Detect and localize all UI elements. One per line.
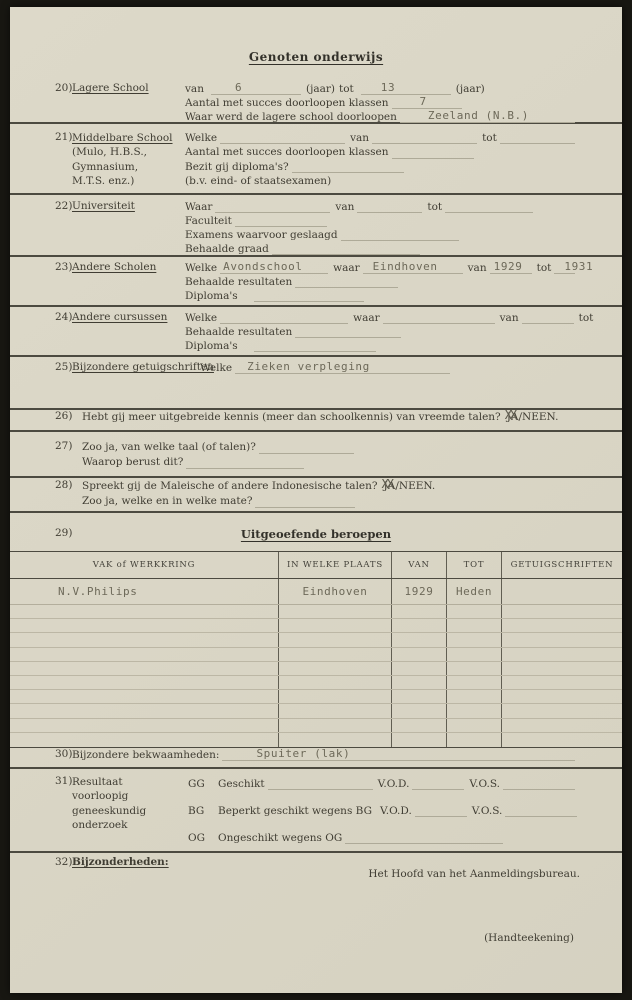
signature-title: Het Hoofd van het Aanmeldingsbureau. bbox=[368, 868, 580, 880]
fill-line: 6 bbox=[211, 83, 301, 95]
form-row: Aantal met succes doorloopen klassen bbox=[185, 145, 580, 159]
form-row: Aantal met succes doorloopen klassen 7 bbox=[185, 96, 580, 110]
section-welke-taal: 27) Zoo ja, van welke taal (of talen)? W… bbox=[10, 440, 622, 470]
form-row: Waarop berust dit? bbox=[82, 455, 580, 470]
item-label: Bijzonderheden: bbox=[72, 856, 169, 868]
form-row: Welke waar van tot bbox=[185, 311, 580, 325]
fill-line bbox=[415, 805, 467, 817]
field-label: van bbox=[500, 311, 519, 325]
form-row: Zoo ja, welke en in welke mate? bbox=[82, 494, 580, 509]
form-row: van 6 (jaar) tot 13 (jaar) bbox=[185, 82, 580, 96]
fill-line bbox=[341, 229, 459, 241]
form-row: Faculteit bbox=[185, 214, 580, 228]
col-header-van: VAN bbox=[392, 552, 447, 578]
gg-text: Geschikt bbox=[218, 778, 265, 791]
field-label: tot bbox=[339, 82, 354, 96]
fill-line: Spuiter (lak) bbox=[222, 749, 575, 761]
field-label: Welke bbox=[185, 311, 217, 325]
form-row: Bijzondere bekwaamheden: Spuiter (lak) bbox=[72, 748, 580, 762]
fill-line: Avondschool bbox=[220, 262, 328, 274]
cell-getuigschriften bbox=[502, 579, 622, 604]
cell-plaats: Eindhoven bbox=[279, 579, 392, 604]
typed-value: 1929 bbox=[494, 260, 523, 274]
field-label: (b.v. eind- of staatsexamen) bbox=[185, 174, 331, 188]
question-text: Zoo ja, van welke taal (of talen)? bbox=[82, 440, 256, 455]
bg-row: BG Beperkt geschikt wegens BG V.O.D. V.O… bbox=[188, 805, 580, 818]
code-bg: BG bbox=[188, 805, 218, 818]
field-label: Behaalde resultaten bbox=[185, 325, 292, 339]
col-header-getuigschriften: GETUIGSCHRIFTEN bbox=[502, 552, 622, 578]
section-divider bbox=[10, 851, 622, 853]
table-header-row: VAK of WERKKRING IN WELKE PLAATS VAN TOT… bbox=[10, 552, 622, 579]
field-label: Examens waarvoor geslaagd bbox=[185, 228, 338, 242]
item-number: 27) bbox=[55, 440, 72, 452]
fill-line bbox=[186, 457, 304, 469]
section-divider bbox=[10, 305, 622, 307]
fill-line bbox=[505, 805, 577, 817]
cell-tot: Heden bbox=[447, 579, 502, 604]
section-bijzondere-getuigschriften: 25) Bijzondere getuigschriften Welke Zie… bbox=[10, 361, 622, 375]
page-title: Genoten onderwijs bbox=[10, 50, 622, 64]
field-label: Waar bbox=[185, 200, 212, 214]
form-row: Waar van tot bbox=[185, 200, 580, 214]
item-label: Resultaat bbox=[72, 775, 146, 789]
form-row: Waar werd de lagere school doorloopen Ze… bbox=[185, 110, 580, 124]
field-label: tot bbox=[537, 261, 552, 275]
vos-label: V.O.S. bbox=[472, 805, 503, 818]
section-geneeskundig-onderzoek: 31) Resultaat voorloopig geneeskundig on… bbox=[10, 775, 622, 845]
fill-line bbox=[254, 340, 376, 352]
typed-strike: XX bbox=[505, 408, 515, 422]
question-text: Zoo ja, welke en in welke mate? bbox=[82, 494, 252, 509]
og-text: Ongeschikt wegens OG bbox=[218, 832, 342, 845]
table-empty-row bbox=[10, 719, 622, 733]
section-beroepen-heading: 29) Uitgeoefende beroepen bbox=[10, 527, 622, 541]
section-divider bbox=[10, 193, 622, 195]
form-row: Hebt gij meer uitgebreide kennis (meer d… bbox=[82, 410, 580, 424]
form-row: Behaalde graad bbox=[185, 242, 580, 256]
field-label: (jaar) bbox=[456, 82, 485, 96]
fill-line bbox=[255, 496, 355, 508]
item-number: 31) bbox=[55, 775, 72, 787]
field-label: Faculteit bbox=[185, 214, 232, 228]
item-label: onderzoek bbox=[72, 818, 146, 832]
section-divider bbox=[10, 511, 622, 513]
typed-value: 6 bbox=[235, 81, 242, 95]
field-label: (jaar) bbox=[306, 82, 335, 96]
col-header-tot: TOT bbox=[447, 552, 502, 578]
cell-vak: N.V.Philips bbox=[10, 579, 279, 604]
neen-option: NEEN. bbox=[399, 480, 435, 492]
code-og: OG bbox=[188, 832, 218, 845]
table-empty-row bbox=[10, 662, 622, 676]
form-row: Diploma's bbox=[185, 289, 580, 303]
gg-row: GG Geschikt V.O.D. V.O.S. bbox=[188, 778, 580, 791]
item-label: Andere Scholen bbox=[72, 261, 156, 273]
item-sublabel: M.T.S. enz.) bbox=[72, 174, 173, 188]
item-label: Lagere School bbox=[72, 82, 149, 94]
fill-line bbox=[412, 778, 464, 790]
section-andere-cursussen: 24) Andere cursussen Welke waar van tot … bbox=[10, 311, 622, 353]
item-label: Andere cursussen bbox=[72, 311, 167, 323]
typed-value: 7 bbox=[420, 95, 427, 109]
item-number: 22) bbox=[55, 200, 72, 212]
typed-value: Avondschool bbox=[223, 260, 302, 274]
section-indonesische-talen: 28) Spreekt gij de Maleische of andere I… bbox=[10, 479, 622, 509]
item-number: 21) bbox=[55, 131, 72, 143]
item-number: 26) bbox=[55, 410, 72, 422]
fill-line bbox=[357, 201, 422, 213]
section-divider bbox=[10, 767, 622, 769]
section-universiteit: 22) Universiteit Waar van tot Faculteit … bbox=[10, 200, 622, 256]
fill-line bbox=[445, 201, 533, 213]
fill-line bbox=[268, 778, 373, 790]
beroepen-table: VAK of WERKKRING IN WELKE PLAATS VAN TOT… bbox=[10, 551, 622, 748]
table-empty-row bbox=[10, 704, 622, 718]
typed-strike: XX bbox=[382, 477, 392, 492]
fill-line bbox=[292, 161, 404, 173]
neen-option: NEEN. bbox=[522, 411, 558, 423]
typed-value: Zieken verpleging bbox=[247, 360, 370, 374]
field-label: Diploma's bbox=[185, 289, 238, 303]
field-label: van bbox=[468, 261, 487, 275]
typed-value: Spuiter (lak) bbox=[256, 747, 350, 761]
section-andere-scholen: 23) Andere Scholen Welke Avondschool waa… bbox=[10, 261, 622, 303]
field-label: van bbox=[185, 82, 204, 96]
table-empty-row bbox=[10, 619, 622, 633]
item-label: voorloopig bbox=[72, 789, 146, 803]
ja-neen-choice: JAXX/NEEN. bbox=[384, 479, 436, 494]
table-empty-row bbox=[10, 605, 622, 619]
fill-line bbox=[295, 276, 398, 288]
fill-line: 1931 bbox=[554, 262, 575, 274]
field-label: Behaalde graad bbox=[185, 242, 269, 256]
form-row: Welke Avondschool waar Eindhoven van 192… bbox=[185, 261, 580, 275]
fill-line bbox=[345, 832, 503, 844]
section-vreemde-talen: 26) Hebt gij meer uitgebreide kennis (me… bbox=[10, 410, 622, 424]
fill-line bbox=[500, 132, 575, 144]
form-row: (b.v. eind- of staatsexamen) bbox=[185, 174, 580, 188]
table-empty-row bbox=[10, 676, 622, 690]
col-header-plaats: IN WELKE PLAATS bbox=[279, 552, 392, 578]
field-label: tot bbox=[482, 131, 497, 145]
field-label: van bbox=[335, 200, 354, 214]
fill-line: Zieken verpleging bbox=[235, 362, 450, 374]
typed-value: 1931 bbox=[564, 260, 593, 274]
col-header-vak: VAK of WERKKRING bbox=[10, 552, 279, 578]
fill-line bbox=[259, 442, 354, 454]
table-empty-row bbox=[10, 733, 622, 747]
form-row: Diploma's bbox=[185, 339, 580, 353]
item-number: 30) bbox=[55, 748, 72, 760]
fill-line bbox=[372, 132, 477, 144]
field-label: Diploma's bbox=[185, 339, 238, 353]
item-number: 29) bbox=[55, 527, 72, 539]
item-number: 23) bbox=[55, 261, 72, 273]
item-number: 28) bbox=[55, 479, 72, 491]
item-label: Bijzondere getuigschriften bbox=[72, 361, 214, 373]
field-label: waar bbox=[333, 261, 360, 275]
field-label: Welke bbox=[185, 131, 217, 145]
form-row: Zoo ja, van welke taal (of talen)? bbox=[82, 440, 580, 455]
fill-line bbox=[215, 201, 330, 213]
typed-value: Zeeland (N.B.) bbox=[428, 109, 529, 123]
item-number: 20) bbox=[55, 82, 72, 94]
item-label: Middelbare School bbox=[72, 131, 173, 145]
item-label: geneeskundig bbox=[72, 804, 146, 818]
field-label: Waar werd de lagere school doorloopen bbox=[185, 110, 397, 124]
field-label: Aantal met succes doorloopen klassen bbox=[185, 145, 389, 159]
field-label: waar bbox=[353, 311, 380, 325]
form-row: Behaalde resultaten bbox=[185, 325, 580, 339]
fill-line: Zeeland (N.B.) bbox=[400, 111, 575, 123]
bg-text: Beperkt geschikt wegens BG bbox=[218, 805, 372, 818]
fill-line bbox=[503, 778, 575, 790]
fill-line: Eindhoven bbox=[363, 262, 463, 274]
field-label: van bbox=[350, 131, 369, 145]
field-label: Bijzondere bekwaamheden: bbox=[72, 748, 219, 762]
section-middelbare-school: 21) Middelbare School (Mulo, H.B.S., Gym… bbox=[10, 131, 622, 188]
fill-line bbox=[220, 312, 348, 324]
form-row: Welke van tot bbox=[185, 131, 580, 145]
vod-label: V.O.D. bbox=[378, 778, 410, 791]
typed-value: 13 bbox=[381, 81, 395, 95]
form-row: Bezit gij diploma's? bbox=[185, 160, 580, 174]
table-empty-row bbox=[10, 648, 622, 662]
form-row: Examens waarvoor geslaagd bbox=[185, 228, 580, 242]
og-row: OG Ongeschikt wegens OG bbox=[188, 832, 580, 845]
table-title: Uitgeoefende beroepen bbox=[10, 527, 622, 541]
signature-caption: (Handteekening) bbox=[484, 932, 574, 944]
cell-van: 1929 bbox=[392, 579, 447, 604]
fill-line bbox=[272, 243, 420, 255]
section-divider bbox=[10, 430, 622, 432]
form-row: Spreekt gij de Maleische of andere Indon… bbox=[82, 479, 580, 494]
table-empty-row bbox=[10, 633, 622, 647]
ja-neen-choice: JAXX/NEEN. bbox=[507, 410, 559, 424]
section-divider bbox=[10, 355, 622, 357]
question-text: Spreekt gij de Maleische of andere Indon… bbox=[82, 479, 378, 494]
typed-value: Eindhoven bbox=[373, 260, 438, 274]
item-number: 24) bbox=[55, 311, 72, 323]
field-label: Aantal met succes doorloopen klassen bbox=[185, 96, 389, 110]
fill-line: 7 bbox=[392, 97, 462, 109]
item-label: Universiteit bbox=[72, 200, 135, 212]
field-label: Bezit gij diploma's? bbox=[185, 160, 289, 174]
section-lagere-school: 20) Lagere School van 6 (jaar) tot 13 (j… bbox=[10, 82, 622, 124]
table-empty-row bbox=[10, 690, 622, 704]
field-label: Behaalde resultaten bbox=[185, 275, 292, 289]
item-sublabel: (Mulo, H.B.S., bbox=[72, 145, 173, 159]
item-sublabel: Gymnasium, bbox=[72, 160, 173, 174]
fill-line bbox=[383, 312, 495, 324]
fill-line bbox=[220, 132, 345, 144]
item-number: 32) bbox=[55, 856, 72, 868]
fill-line bbox=[392, 147, 474, 159]
form-row: Behaalde resultaten bbox=[185, 275, 580, 289]
fill-line: 1929 bbox=[490, 262, 532, 274]
fill-line bbox=[295, 326, 401, 338]
form-page: Genoten onderwijs 20) Lagere School van … bbox=[10, 7, 622, 993]
field-label: tot bbox=[579, 311, 594, 325]
fill-line bbox=[235, 215, 327, 227]
vos-label: V.O.S. bbox=[469, 778, 500, 791]
fill-line bbox=[254, 290, 364, 302]
field-label: tot bbox=[427, 200, 442, 214]
item-number: 25) bbox=[55, 361, 72, 373]
vod-label: V.O.D. bbox=[380, 805, 412, 818]
question-text: Waarop berust dit? bbox=[82, 455, 183, 470]
code-gg: GG bbox=[188, 778, 218, 791]
section-divider bbox=[10, 476, 622, 478]
section-bijzondere-bekwaamheden: 30) Bijzondere bekwaamheden: Spuiter (la… bbox=[10, 748, 622, 762]
question-text: Hebt gij meer uitgebreide kennis (meer d… bbox=[82, 410, 501, 424]
table-row: N.V.Philips Eindhoven 1929 Heden bbox=[10, 579, 622, 605]
fill-line: 13 bbox=[361, 83, 451, 95]
fill-line bbox=[522, 312, 574, 324]
field-label: Welke bbox=[185, 261, 217, 275]
form-row: Welke Zieken verpleging bbox=[200, 361, 580, 375]
